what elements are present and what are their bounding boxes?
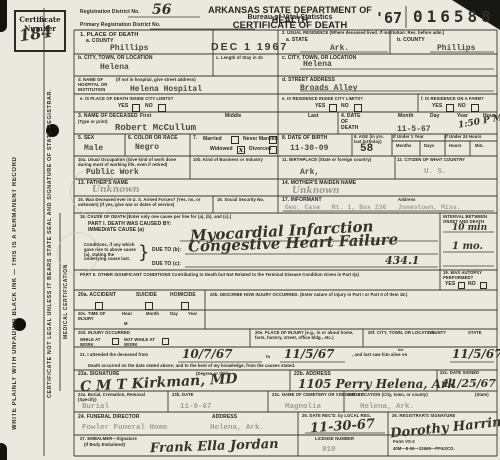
field-23b-label: 23b. DATE [172, 393, 194, 398]
field-3-value: Robert McCullum [115, 124, 196, 133]
field-3-note: (Type or print) [78, 120, 108, 125]
homicide-checkbox [181, 302, 189, 310]
field-2e-no-checkbox [354, 104, 362, 112]
field-24-label: 24. FUNERAL DIRECTOR [78, 415, 140, 421]
field-21-her-alt: her [398, 348, 404, 352]
field-20f-label: 20f. CITY, TOWN, OR LOCATION [368, 331, 435, 336]
field-20e-label: 20e. PLACE OF INJURY (e.g., in or about … [255, 331, 355, 341]
field-19-label: 19. WAS AUTOPSY PERFORMED? [443, 271, 493, 281]
field-12-label: 12. CITIZEN OF WHAT COUNTRY [397, 158, 465, 163]
conditions-note: Conditions, if any which gave rise to ab… [84, 243, 136, 262]
field-3-last-label: Last [308, 114, 319, 120]
time-hour-label: Hour [122, 312, 132, 317]
scan-edge-mark [0, 443, 7, 460]
license-number-label: LICENSE NUMBER [315, 437, 354, 442]
field-19-no-checkbox [480, 282, 487, 289]
field-10b-label: 10b. Kind of Business or Industry [193, 158, 273, 163]
field-7-label: 7. [193, 136, 197, 142]
field-18-label-text: 18. CAUSE OF DEATH [80, 214, 126, 219]
under-24-hours-label: If Under 24 Hours [445, 135, 482, 140]
field-21-from-value: 10/7/67 [182, 348, 233, 360]
field-7-widowed-checkbox-checked: x [237, 146, 245, 154]
primary-registration-district-label: Primary Registration District No. [80, 23, 161, 29]
field-1e-yes-checkbox [132, 104, 140, 112]
part2-label-text: PART II. OTHER SIGNIFICANT CONDITIONS [80, 272, 171, 277]
interval-b-value: 1 mo. [452, 242, 483, 252]
due-to-b-label: DUE TO (b): [152, 248, 181, 254]
margin-note-not-legal: CERTIFICATE NOT LEGAL UNLESS IT BEARS ST… [47, 32, 53, 454]
field-2c-value: Helena [303, 61, 332, 69]
field-1d-value: Helena Hospital [130, 86, 202, 94]
field-22b-value: 1105 Perry Helena, Ark [298, 378, 456, 390]
field-23c-value: Magnolia [285, 404, 321, 412]
field-26-label: 26. REGISTRAR'S SIGNATURE [392, 414, 455, 419]
state-file-number: 016588 [413, 9, 495, 25]
field-20a-accident-label: 20a. ACCIDENT [78, 293, 116, 299]
margin-note-permanent-record: WRITE PLAINLY WITH UNFADING BLACK INK — … [12, 128, 18, 458]
field-1d-note: (If not in hospital, give street address… [116, 78, 196, 83]
field-1e-yes-label: YES [118, 104, 128, 110]
field-20d-label: 20d. INJURY OCCURRED [78, 331, 130, 336]
field-4-value: 11-5-67 [397, 126, 431, 134]
field-21-text-1: 21. I attended the deceased from [80, 353, 148, 358]
field-1b-label: b. CITY, TOWN, OR LOCATION [78, 56, 153, 62]
field-2f-yes-label: YES [432, 104, 442, 110]
license-number-value: 910 [322, 447, 336, 455]
brace-glyph: } [138, 242, 149, 263]
immediate-cause-label: IMMEDIATE CAUSE (a) [88, 228, 144, 234]
field-6-label: 6. COLOR OR RACE [128, 136, 178, 142]
cause-code-value: 434.1 [385, 255, 419, 266]
field-14-value: Unknown [292, 187, 339, 196]
field-19-yes-label: YES [445, 282, 455, 288]
field-20c-label: 20c. TIME OF INJURY [78, 312, 112, 322]
field-8-label: 8. DATE OF BIRTH [282, 136, 327, 142]
field-15-label: 15. Was Deceased ever in U. S. Armed For… [78, 198, 208, 208]
field-2a-value: Ark. [330, 45, 349, 53]
field-22c-label: 22c. DATE SIGNED [440, 371, 479, 376]
field-20b-label: 20b. DESCRIBE HOW INJURY OCCURRED. (Ente… [210, 293, 490, 298]
part2-label: PART II. OTHER SIGNIFICANT CONDITIONS Co… [80, 273, 430, 278]
registration-district-value: 56 [152, 3, 171, 17]
field-1e-no-label: NO [145, 104, 153, 110]
field-4-day-label: Day [430, 114, 439, 120]
field-1c-label: c. Length of Stay in 1b [216, 56, 274, 61]
suicide-checkbox [145, 302, 153, 310]
field-21-alive-value: 11/5/67 [452, 348, 500, 360]
field-10a-label: 10a. Usual Occupation (Give kind of work… [78, 158, 186, 168]
field-21-text-3: Death occurred on the date stated above;… [88, 364, 295, 369]
under-1-months-label: Months [396, 144, 412, 149]
field-21-to-value: 11/5/67 [284, 348, 335, 360]
field-2f-no-checkbox [471, 104, 479, 112]
field-2f-label: f. IS RESIDENCE ON A FARM? [421, 97, 484, 102]
field-8-value: 11-30-09 [290, 145, 328, 153]
field-2b-value: Phillips [437, 45, 475, 53]
field-3-middle-label: Middle [225, 114, 241, 120]
field-6-value: Negro [135, 144, 159, 152]
field-2e-label: e. IS RESIDENCE INSIDE CITY LIMITS? [282, 97, 363, 102]
field-2e-yes-checkbox [329, 104, 337, 112]
field-1e-no-checkbox [158, 104, 166, 112]
field-12-value: U. S. [424, 169, 447, 177]
field-23d-label: 23d. LOCATION (City, town, or county) [348, 393, 428, 398]
field-2d-label: d. STREET ADDRESS [282, 78, 335, 84]
field-18-note: [Enter only one cause per line for (a), … [127, 214, 231, 219]
under-1-year-label: If Under 1 Year [393, 135, 424, 140]
field-23d-value: Helena, Ark. [360, 404, 414, 412]
field-23a-value: Burial [82, 404, 109, 412]
certificate-number-value: 184 [18, 24, 53, 44]
field-17-label: 17. INFORMANT [282, 198, 322, 204]
field-17-address-label: Address [398, 198, 415, 203]
field-2f-yes-checkbox [446, 104, 454, 112]
form-number-line2: 40M—8-66—32669—PP&SCO. [393, 447, 455, 452]
field-10a-value: Public Work [86, 169, 139, 177]
field-7-widowed-label: Widowed [210, 147, 233, 153]
form-number-line1: Form VS-2 [393, 440, 415, 445]
field-13-value: Unknown [92, 186, 139, 195]
field-17-value: Geo. Case Rt. 1, Box 236 Jonestown, Miss… [285, 205, 461, 212]
field-1d-label: d. NAME OF HOSPITAL OR INSTITUTION [78, 78, 114, 92]
field-5-label: 5. SEX [78, 136, 94, 142]
field-2-title: 2. USUAL RESIDENCE (Where deceased lived… [282, 31, 494, 36]
field-19-no-label: NO [468, 282, 476, 288]
field-2d-value: Broads Alley [300, 85, 358, 93]
margin-note-medical-certification: MEDICAL CERTIFICATION [63, 216, 69, 388]
field-11-label: 11. BIRTHPLACE (State or foreign country… [282, 158, 371, 163]
field-23a-label: 23a. Burial, Cremation, Removal (Specify… [78, 393, 148, 403]
under-24-hours-sub-label: Hours [449, 144, 462, 149]
time-m-label: M [124, 322, 128, 327]
part2-note: Contributing to Death but Not Related to… [172, 272, 359, 277]
field-2e-yes-label: YES [315, 104, 325, 110]
under-1-days-label: Days [424, 144, 434, 149]
field-7-divorced-label: Divorced [249, 147, 271, 153]
field-24-director-value: Fowler Funeral Home [82, 425, 168, 433]
time-year-label: Year [188, 312, 197, 317]
while-at-work-checkbox [112, 338, 119, 345]
field-11-value: Ark, [300, 169, 319, 177]
field-20f-state-label: STATE [468, 331, 482, 336]
field-1a-value: Phillips [110, 45, 148, 53]
field-16-label: 16. Social Security No. [217, 198, 264, 203]
field-24-address-label: ADDRESS [212, 415, 237, 421]
time-month-label: Month [146, 312, 159, 317]
field-2f-no-label: NO [458, 104, 466, 110]
accident-checkbox [95, 302, 103, 310]
not-while-at-work-label: NOT WHILE AT WORK [124, 338, 158, 348]
under-24-min-label: Min. [475, 144, 484, 149]
field-23b-value: 11-9-67 [180, 404, 212, 412]
field-7-married-label: Married [203, 137, 222, 143]
field-20a-suicide-label: SUICIDE [136, 293, 157, 299]
field-7-never-married-checkbox [269, 136, 277, 144]
field-2b-label: b. COUNTY [397, 38, 425, 44]
field-27-note: (If Body Embalmed) [84, 443, 125, 448]
field-1e-label: e. IS PLACE OF DEATH INSIDE CITY LIMITS? [80, 97, 173, 102]
field-9-value: 58 [360, 144, 373, 155]
field-23d-state-label: (State) [475, 393, 489, 398]
field-4-month-label: Month [398, 114, 414, 120]
field-2e-no-label: NO [341, 104, 349, 110]
registration-district-label: Registration District No. [80, 10, 140, 16]
received-date-stamp: DEC 1 1967 [211, 41, 288, 53]
field-21-to-word: to [266, 355, 270, 360]
interval-a-value: 10 min [452, 224, 487, 233]
time-day-label: Day [170, 312, 178, 317]
field-18-label: 18. CAUSE OF DEATH [Enter only one cause… [80, 215, 350, 220]
field-20a-homicide-label: HOMICIDE [170, 293, 196, 299]
field-2a-label: a. STATE [286, 38, 308, 44]
field-7-married-checkbox [231, 136, 239, 144]
scan-edge-mark [0, 0, 7, 32]
death-certificate-scan: WRITE PLAINLY WITH UNFADING BLACK INK — … [0, 0, 500, 460]
field-7-divorced-checkbox [269, 146, 277, 154]
field-4-label: 4. DATE OF DEATH [341, 114, 365, 131]
field-24-address-value: Helena, Ark. [210, 425, 264, 433]
field-21-text-2: , and last saw him alive on [352, 353, 407, 358]
field-1b-value: Helena [100, 64, 129, 72]
field-19-yes-checkbox [458, 282, 465, 289]
field-22c-value: 11/25/67 [442, 378, 496, 389]
field-20f-county-label: COUNTY [428, 331, 446, 336]
not-while-at-work-checkbox [162, 338, 169, 345]
field-5-value: Male [84, 145, 103, 153]
field-3-first-label: First [140, 114, 151, 120]
due-to-c-label: DUE TO (c): [152, 262, 181, 268]
stamp-year: '67 [375, 11, 402, 26]
while-at-work-label: WHILE AT WORK [80, 338, 108, 348]
